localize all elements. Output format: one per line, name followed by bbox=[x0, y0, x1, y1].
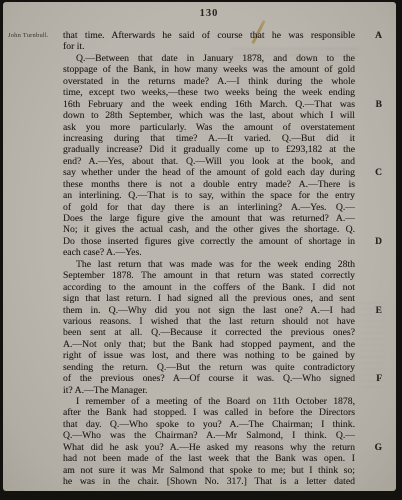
text-line: stoppage of the Bank, in how many weeks … bbox=[63, 64, 355, 75]
text-line: say whether under the head of the amount… bbox=[63, 167, 355, 178]
text-line: according to the amount in the coffers o… bbox=[63, 282, 355, 293]
margin-note-witness-name: John Turnbull. bbox=[8, 32, 64, 39]
margin-letter: B bbox=[376, 100, 382, 111]
text-line: that time. Afterwards he said of course … bbox=[63, 30, 355, 41]
text-line: it? A.—The Manager. bbox=[63, 385, 355, 396]
text-line: had not been made of the last week that … bbox=[63, 453, 355, 464]
text-line: time, except two weeks,—these two weeks … bbox=[63, 87, 355, 98]
testimony-text: that time. Afterwards he said of course … bbox=[63, 30, 355, 488]
text-line: September 1878. The amount in that retur… bbox=[63, 270, 355, 281]
text-line: been sent at all. Q.—Because it correcte… bbox=[63, 327, 355, 338]
margin-letter: E bbox=[376, 306, 382, 317]
text-line: right of issue was lost, and there was n… bbox=[63, 350, 355, 361]
text-line: increasing during that time? A.—It varie… bbox=[63, 133, 355, 144]
margin-letter: A bbox=[375, 31, 382, 42]
text-line: What did he ask you? A.—He asked my reas… bbox=[63, 442, 355, 453]
text-line: Q.—Who was the Chairman? A.—Mr Salmond, … bbox=[63, 430, 355, 441]
text-line: end? A.—Yes, about that. Q.—Will you loo… bbox=[63, 156, 355, 167]
text-line: Do those inserted figures give correctly… bbox=[63, 236, 355, 247]
text-line: down to 28th September, which was the la… bbox=[63, 110, 355, 121]
text-line: these months there is not a double entry… bbox=[63, 179, 355, 190]
show-through-smudge bbox=[73, 488, 343, 494]
text-line: an interlining. Q.—That is to say, withi… bbox=[63, 190, 355, 201]
text-line: The last return that was made was for th… bbox=[63, 259, 355, 270]
text-line: A.—Not only that; but the Bank had stopp… bbox=[63, 339, 355, 350]
text-line: I remember of a meeting of the Board on … bbox=[63, 396, 355, 407]
text-line: am not sure it was Mr Salmond that spoke… bbox=[63, 465, 355, 476]
text-line: that day. Q.—Who spoke to you? A.—The Ch… bbox=[63, 419, 355, 430]
text-line: overstated in the returns made? A.—I thi… bbox=[63, 76, 355, 87]
text-line: various reasons. I wished that the last … bbox=[63, 316, 355, 327]
book-page: 130 John Turnbull. that time. Afterwards… bbox=[3, 2, 396, 491]
margin-letter: D bbox=[375, 237, 382, 248]
text-line: 16th February and the week ending 16th M… bbox=[63, 99, 355, 110]
margin-letter: F bbox=[376, 374, 382, 385]
text-line: ask you more particularly. Was the amoun… bbox=[63, 122, 355, 133]
margin-letter: C bbox=[375, 168, 382, 179]
margin-letter: G bbox=[375, 443, 382, 454]
text-line: No; it gives the actual cash, and the ot… bbox=[63, 224, 355, 235]
text-line: sign that last return. I had signed all … bbox=[63, 293, 355, 304]
text-line: he was in the chair. [Shown No. 317.] Th… bbox=[63, 476, 355, 487]
text-line: of gold for that day there is an interli… bbox=[63, 202, 355, 213]
text-line: them in. Q.—Why did you not sign the las… bbox=[63, 305, 355, 316]
text-line: Does the large figure give the amount th… bbox=[63, 213, 355, 224]
text-line: for it. bbox=[63, 41, 355, 52]
text-line: Q.—Between that date in January 1878, an… bbox=[63, 53, 355, 64]
text-line: each case? A.—Yes. bbox=[63, 247, 355, 258]
text-line: gradually increase? Did it gradually com… bbox=[63, 144, 355, 155]
page-number: 130 bbox=[63, 8, 355, 19]
text-line: sending the return. Q.—But the return wa… bbox=[63, 362, 355, 373]
text-line: after the Bank had stopped. I was called… bbox=[63, 407, 355, 418]
text-line: of the previous ones? A—Of course it was… bbox=[63, 373, 355, 384]
scanned-page-frame: 130 John Turnbull. that time. Afterwards… bbox=[0, 0, 402, 500]
